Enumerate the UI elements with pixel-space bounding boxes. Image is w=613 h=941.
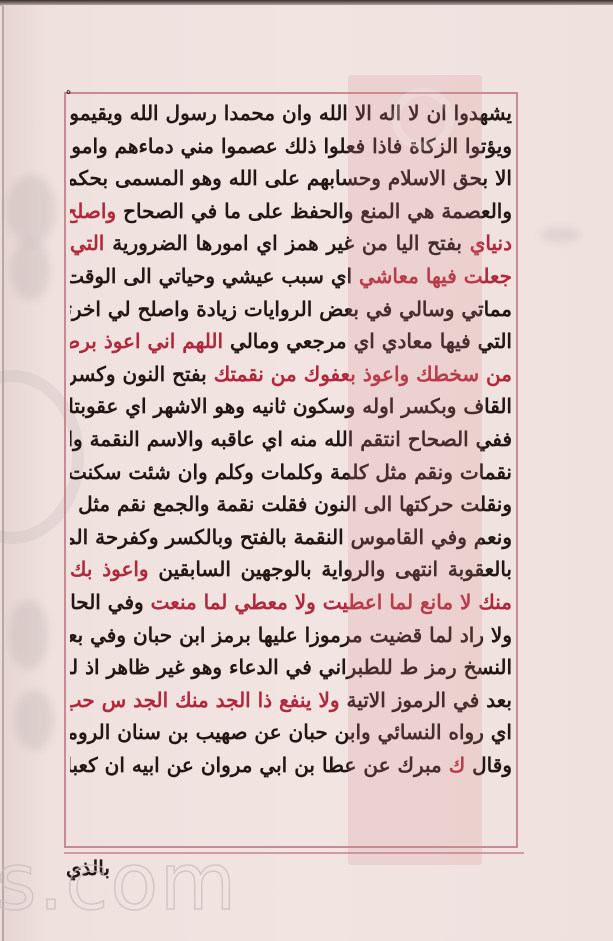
watermark: s.com bbox=[0, 838, 238, 928]
paper-stain bbox=[8, 600, 48, 670]
rubric-text: اللهم اني اعوذ برضاك bbox=[70, 329, 223, 353]
folio-mark: ه bbox=[66, 86, 71, 97]
paper-stain bbox=[14, 690, 54, 750]
paper-stain bbox=[6, 175, 56, 245]
paper-stain bbox=[10, 240, 50, 300]
overlay-logo-icon bbox=[392, 88, 454, 150]
body-text: بفتح النون وكسر bbox=[70, 362, 214, 386]
paper-stain bbox=[540, 228, 580, 242]
rubric-text: التي bbox=[70, 231, 104, 255]
rubric-text: واعوذ بك bbox=[70, 557, 149, 581]
rubric-text: واصلح لي bbox=[70, 199, 116, 223]
body-text: اي سبب عيشي وحياتي الى الوقت bbox=[70, 264, 359, 288]
body-text: وفي الحاشية bbox=[70, 590, 151, 614]
rubric-text: ولا ينفع ذا الجد منك الجد س حب bbox=[70, 688, 340, 712]
translucent-overlay-panel bbox=[348, 75, 482, 865]
